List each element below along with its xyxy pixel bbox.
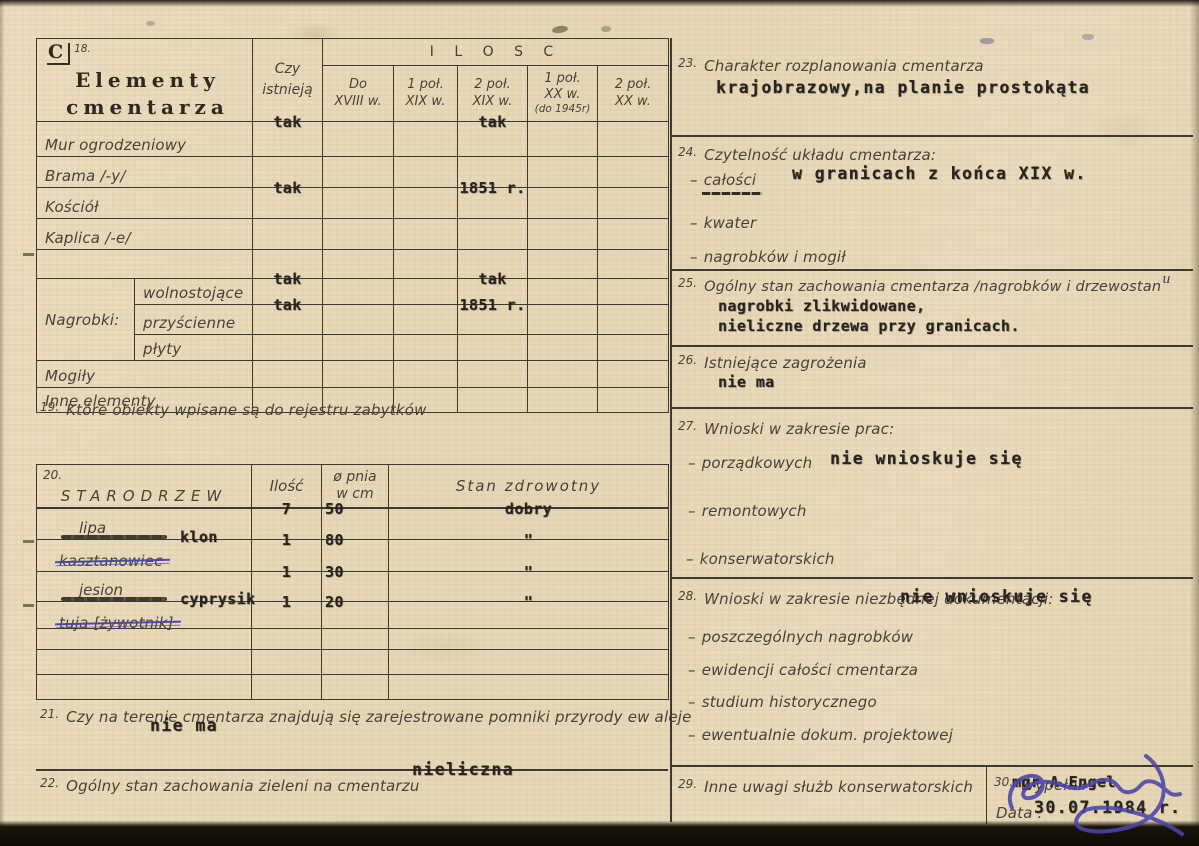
question-head: 26.Istniejące zagrożenia: [678, 353, 867, 372]
row-label: Brama /-y/: [37, 157, 253, 188]
group-label-nagrobki: Nagrobki:: [37, 279, 135, 361]
cell-2pol-xix: tak: [458, 122, 528, 157]
section-23: 23.Charakter rozplanowania cmentarza kra…: [672, 38, 1193, 135]
typed-answer: krajobrazowy,na planie prostokąta: [716, 78, 1090, 97]
typewriter-strikethrough: [61, 597, 167, 602]
section-27: 27.Wnioski w zakresie prac: –porządkowyc…: [672, 407, 1193, 579]
list-item-nagrobkow: –nagrobków i mogił: [690, 247, 846, 266]
cell-pnia: 20: [322, 602, 389, 629]
cell-czy: tak: [253, 305, 323, 335]
section-letter: C: [47, 43, 70, 65]
question-head: 23.Charakter rozplanowania cmentarza: [678, 56, 984, 75]
ink-speck: [1082, 34, 1094, 40]
question-19: 19.Które obiekty wpisane są do rejestru …: [40, 400, 427, 419]
typed-entry: tak: [273, 113, 301, 131]
list-item-ewidencji: –ewidencji całości cmentarza: [688, 660, 918, 679]
typed-answer: nie wnioskuje się: [830, 449, 1023, 468]
question-number: 21.: [40, 707, 59, 721]
staple-mark: [601, 26, 611, 32]
typed-answer-line1: nagrobki zlikwidowane,: [718, 297, 925, 315]
section-26: 26.Istniejące zagrożenia nie ma: [672, 345, 1193, 409]
section-number: 18.: [74, 43, 91, 55]
typed-entry: 1851 r.: [459, 296, 525, 314]
table-header-row: 20. STARODRZEW Ilość ø pniaw cm Stan zdr…: [37, 465, 669, 509]
table-title-cell: C18. Elementy cmentarza: [37, 39, 253, 122]
list-item-dokum-projektowej: –ewentualnie dokum. projektowej: [688, 725, 953, 744]
crossed-out-name: kasztanowiec: [59, 551, 163, 570]
typed-entry: 1851 r.: [459, 179, 525, 197]
margin-dash: [23, 540, 34, 543]
list-item-kwater: –kwater: [690, 213, 756, 232]
row-empty: [37, 250, 669, 279]
row-mogily: Mogiły: [37, 361, 669, 388]
column-header-do-xviii: DoXVIII w.: [323, 66, 394, 122]
question-number: 19.: [40, 400, 59, 414]
list-item-calosci: –całości: [690, 170, 756, 189]
typed-entry: tak: [273, 270, 301, 288]
list-item-studium: –studium historycznego: [688, 692, 877, 711]
typed-entry: tak: [478, 113, 506, 131]
margin-dash: [23, 604, 34, 607]
row-mur-ogrodzeniowy: Mur ogrodzeniowy tak tak: [37, 122, 669, 157]
list-item-nagrobkow: –poszczególnych nagrobków: [688, 627, 913, 646]
cell-stan: ": [389, 602, 669, 629]
ink-speck: [980, 38, 994, 44]
section-28: 28.Wnioski w zakresie niezbędnej dokumen…: [672, 577, 1193, 767]
column-header-1pol-xx: 1 poł.XX w.(do 1945r): [528, 66, 598, 122]
cemetery-elements-table: C18. Elementy cmentarza Czy istnieją I L…: [36, 38, 669, 413]
row-sublabel: płyty: [135, 335, 253, 361]
typed-entry: tak: [273, 179, 301, 197]
typed-entry: tak: [273, 296, 301, 314]
crossed-out-name: tuja [żywotnik]: [59, 613, 174, 632]
section-24: 24.Czytelność układu cmentarza: –całości…: [672, 135, 1193, 271]
column-header-2pol-xx: 2 poł.XX w.: [598, 66, 669, 122]
divider-line-30: [986, 767, 987, 824]
row-sublabel: przyścienne: [135, 305, 253, 335]
typewriter-strikethrough: [61, 535, 167, 540]
tree-name-cell: cyprysik tuja [żywotnik]: [37, 602, 252, 629]
typed-answer: w granicach z końca XIX w.: [792, 164, 1087, 183]
section-number: 20.: [43, 468, 62, 482]
question-label: Które obiekty wpisane są do rejestru zab…: [66, 401, 426, 419]
cell-czy: tak: [253, 188, 323, 219]
tree-row-cyprysik: cyprysik tuja [żywotnik] 1 20 ": [37, 602, 669, 629]
question-head: 24.Czytelność układu cmentarza:: [678, 145, 936, 164]
section-letter-row: C18.: [47, 43, 248, 65]
row-kaplica: Kaplica /-e/: [37, 219, 669, 250]
typed-answer: nie ma: [718, 373, 775, 391]
margin-dash: [23, 253, 34, 256]
staple-mark: [552, 25, 569, 34]
signature-ink: [998, 748, 1198, 846]
question-head: 27.Wnioski w zakresie prac:: [678, 419, 894, 438]
typed-answer: nie ma: [150, 716, 218, 735]
row-label: Mogiły: [37, 361, 253, 388]
section-25: 25.Ogólny stan zachowania cmentarza /nag…: [672, 269, 1193, 347]
row-label: Kościół: [37, 188, 253, 219]
typed-answer-line2: nieliczne drzewa przy granicach.: [718, 317, 1020, 335]
scan-edge-right: [1190, 0, 1199, 846]
cell-ilosc: 1: [252, 602, 322, 629]
question-29: 29.Inne uwagi służb konserwatorskich: [678, 777, 973, 796]
divider-line: [36, 769, 668, 771]
tree-row-empty: [37, 675, 669, 700]
typed-correction: cyprysik: [61, 590, 255, 608]
row-label: Mur ogrodzeniowy: [37, 122, 253, 157]
list-item-remontowych: –remontowych: [688, 501, 807, 520]
old-trees-table: 20. STARODRZEW Ilość ø pniaw cm Stan zdr…: [36, 464, 669, 700]
handwritten-correction: u: [1162, 272, 1170, 287]
row-sublabel: wolnostojące: [135, 279, 253, 305]
column-header-1pol-xix: 1 poł.XIX w.: [394, 66, 458, 122]
row-kosciol: Kościół tak 1851 r.: [37, 188, 669, 219]
question-head: 25.Ogólny stan zachowania cmentarza /nag…: [678, 276, 1171, 295]
list-item-konserwatorskich: –konserwatorskich: [686, 549, 835, 568]
right-column: 23.Charakter rozplanowania cmentarza kra…: [670, 38, 1193, 822]
typed-answer-22: nieliczna: [412, 760, 514, 779]
cell-2pol-xix: 1851 r.: [458, 188, 528, 219]
column-group-header-ilosc: I L O S C: [323, 39, 669, 66]
typed-answer: nie wnioskuje się: [900, 587, 1093, 606]
cell-czy: tak: [253, 122, 323, 157]
list-item-porzadkowych: –porządkowych: [688, 453, 812, 472]
row-label: Kaplica /-e/: [37, 219, 253, 250]
table-header-row: C18. Elementy cmentarza Czy istnieją I L…: [37, 39, 669, 66]
tree-name-cell: klon kasztanowiec: [37, 540, 252, 572]
paper-speck: [146, 21, 155, 26]
row-nagrobki-wolnostojace: Nagrobki: wolnostojące tak tak: [37, 279, 669, 305]
row-brama: Brama /-y/: [37, 157, 669, 188]
typed-entry: tak: [478, 270, 506, 288]
table-title: Elementy cmentarza: [47, 67, 248, 121]
typed-correction: klon: [61, 528, 218, 546]
tree-row-klon: klon kasztanowiec 1 80 ": [37, 540, 669, 572]
cemetery-record-card: C18. Elementy cmentarza Czy istnieją I L…: [0, 0, 1199, 846]
cell-2pol-xix: 1851 r.: [458, 305, 528, 335]
scan-edge-left: [0, 0, 5, 846]
table-title: STARODRZEW: [37, 487, 251, 505]
table-title-cell: 20. STARODRZEW: [37, 465, 252, 509]
question-21: 21.Czy na terenie cmentarza znajdują się…: [40, 707, 666, 726]
question-22: 22.Ogólny stan zachowania zieleni na cme…: [40, 776, 420, 795]
column-header-czy-istnieja: Czy istnieją: [253, 39, 323, 122]
scan-edge-top: [0, 0, 1199, 7]
tree-row-empty: [37, 650, 669, 675]
question-label: Ogólny stan zachowania zieleni na cmenta…: [66, 777, 419, 795]
question-number: 22.: [40, 776, 59, 790]
